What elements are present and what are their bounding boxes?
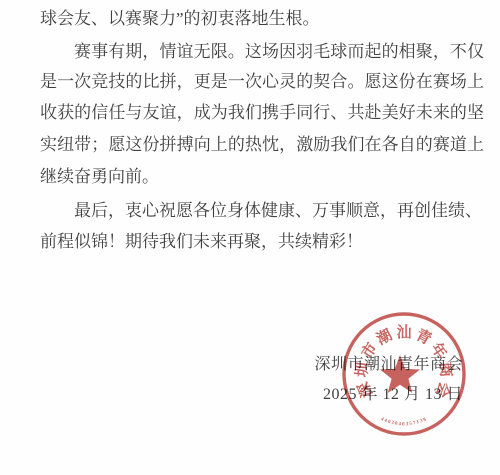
body-line: 前程似锦！期待我们未来再聚，共续精彩！ bbox=[40, 232, 484, 252]
official-seal-graphic: 深 圳 市 潮 汕 青 年 商 会 4403040357138 bbox=[340, 310, 468, 438]
body-line: 是一次竞技的比拼，更是一次心灵的契合。愿这份在赛场上 bbox=[40, 72, 484, 92]
seal-serial-number: 4403040357138 bbox=[380, 417, 428, 427]
seal-arc-char: 汕 bbox=[396, 324, 411, 341]
body-line: 收获的信任与友谊，成为我们携手同行、共赴美好未来的坚 bbox=[40, 103, 484, 123]
seal-arc-char: 潮 bbox=[373, 325, 395, 348]
body-line: 最后，衷心祝愿各位身体健康、万事顺意，再创佳绩、 bbox=[40, 201, 484, 221]
body-line: 实纽带；愿这份拼搏向上的热忱，激励我们在各自的赛道上 bbox=[40, 135, 484, 155]
seal-ring bbox=[344, 314, 464, 434]
official-seal: 深 圳 市 潮 汕 青 年 商 会 4403040357138 bbox=[340, 310, 468, 438]
date-line: 2025 年 12 月 13 日 bbox=[323, 381, 463, 404]
seal-arc-char: 青 bbox=[413, 326, 434, 348]
scanned-letter-page: { "theme": { "paper": "#fefefe", "ink": … bbox=[0, 0, 500, 475]
body-line: 球会友、以赛聚力”的初衷落地生根。 bbox=[40, 9, 484, 29]
body-line: 继续奋勇向前。 bbox=[40, 167, 484, 187]
body-line: 赛事有期，情谊无限。这场因羽毛球而起的相聚，不仅 bbox=[40, 42, 484, 62]
signature-line: 深圳市潮汕青年商会 bbox=[314, 351, 463, 374]
